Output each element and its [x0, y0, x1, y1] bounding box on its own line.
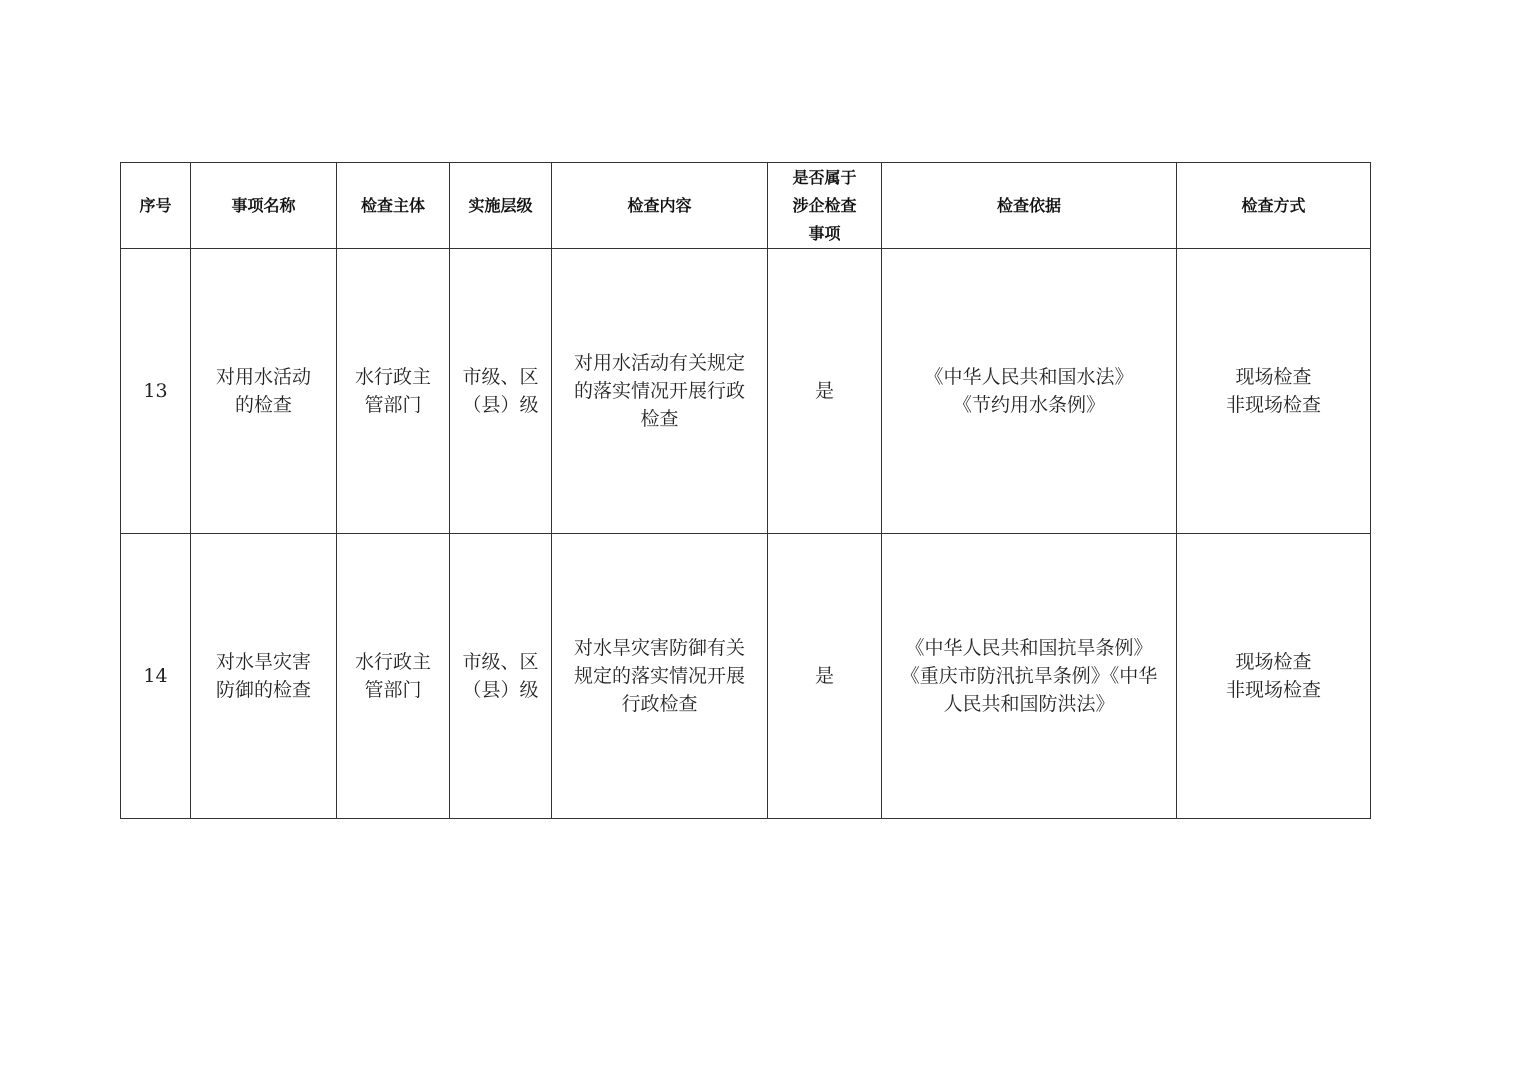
cell-inspection-basis: 《中华人民共和国水法》 《节约用水条例》 [882, 249, 1177, 534]
cell-inspection-subject: 水行政主 管部门 [337, 249, 450, 534]
cell-implementation-level: 市级、区 （县）级 [450, 534, 552, 819]
cell-serial-no: 13 [121, 249, 191, 534]
cell-inspection-subject: 水行政主 管部门 [337, 534, 450, 819]
cell-implementation-level: 市级、区 （县）级 [450, 249, 552, 534]
header-serial-no: 序号 [121, 163, 191, 249]
header-enterprise-related: 是否属于 涉企检查 事项 [768, 163, 882, 249]
cell-enterprise-related: 是 [768, 534, 882, 819]
cell-inspection-basis: 《中华人民共和国抗旱条例》 《重庆市防汛抗旱条例》《中华 人民共和国防洪法》 [882, 534, 1177, 819]
table-header-row: 序号 事项名称 检查主体 实施层级 检查内容 是否属于 涉企检查 事项 检查依据… [121, 163, 1371, 249]
cell-item-name: 对水旱灾害 防御的检查 [191, 534, 337, 819]
cell-inspection-content: 对水旱灾害防御有关 规定的落实情况开展 行政检查 [552, 534, 768, 819]
cell-inspection-method: 现场检查 非现场检查 [1177, 534, 1371, 819]
header-inspection-subject: 检查主体 [337, 163, 450, 249]
cell-enterprise-related: 是 [768, 249, 882, 534]
cell-serial-no: 14 [121, 534, 191, 819]
header-inspection-method: 检查方式 [1177, 163, 1371, 249]
header-inspection-basis: 检查依据 [882, 163, 1177, 249]
table-row: 14 对水旱灾害 防御的检查 水行政主 管部门 市级、区 （县）级 对水旱灾害防… [121, 534, 1371, 819]
cell-item-name: 对用水活动 的检查 [191, 249, 337, 534]
header-implementation-level: 实施层级 [450, 163, 552, 249]
inspection-items-table: 序号 事项名称 检查主体 实施层级 检查内容 是否属于 涉企检查 事项 检查依据… [120, 162, 1371, 819]
cell-inspection-method: 现场检查 非现场检查 [1177, 249, 1371, 534]
header-item-name: 事项名称 [191, 163, 337, 249]
table-row: 13 对用水活动 的检查 水行政主 管部门 市级、区 （县）级 对用水活动有关规… [121, 249, 1371, 534]
header-inspection-content: 检查内容 [552, 163, 768, 249]
cell-inspection-content: 对用水活动有关规定 的落实情况开展行政 检查 [552, 249, 768, 534]
